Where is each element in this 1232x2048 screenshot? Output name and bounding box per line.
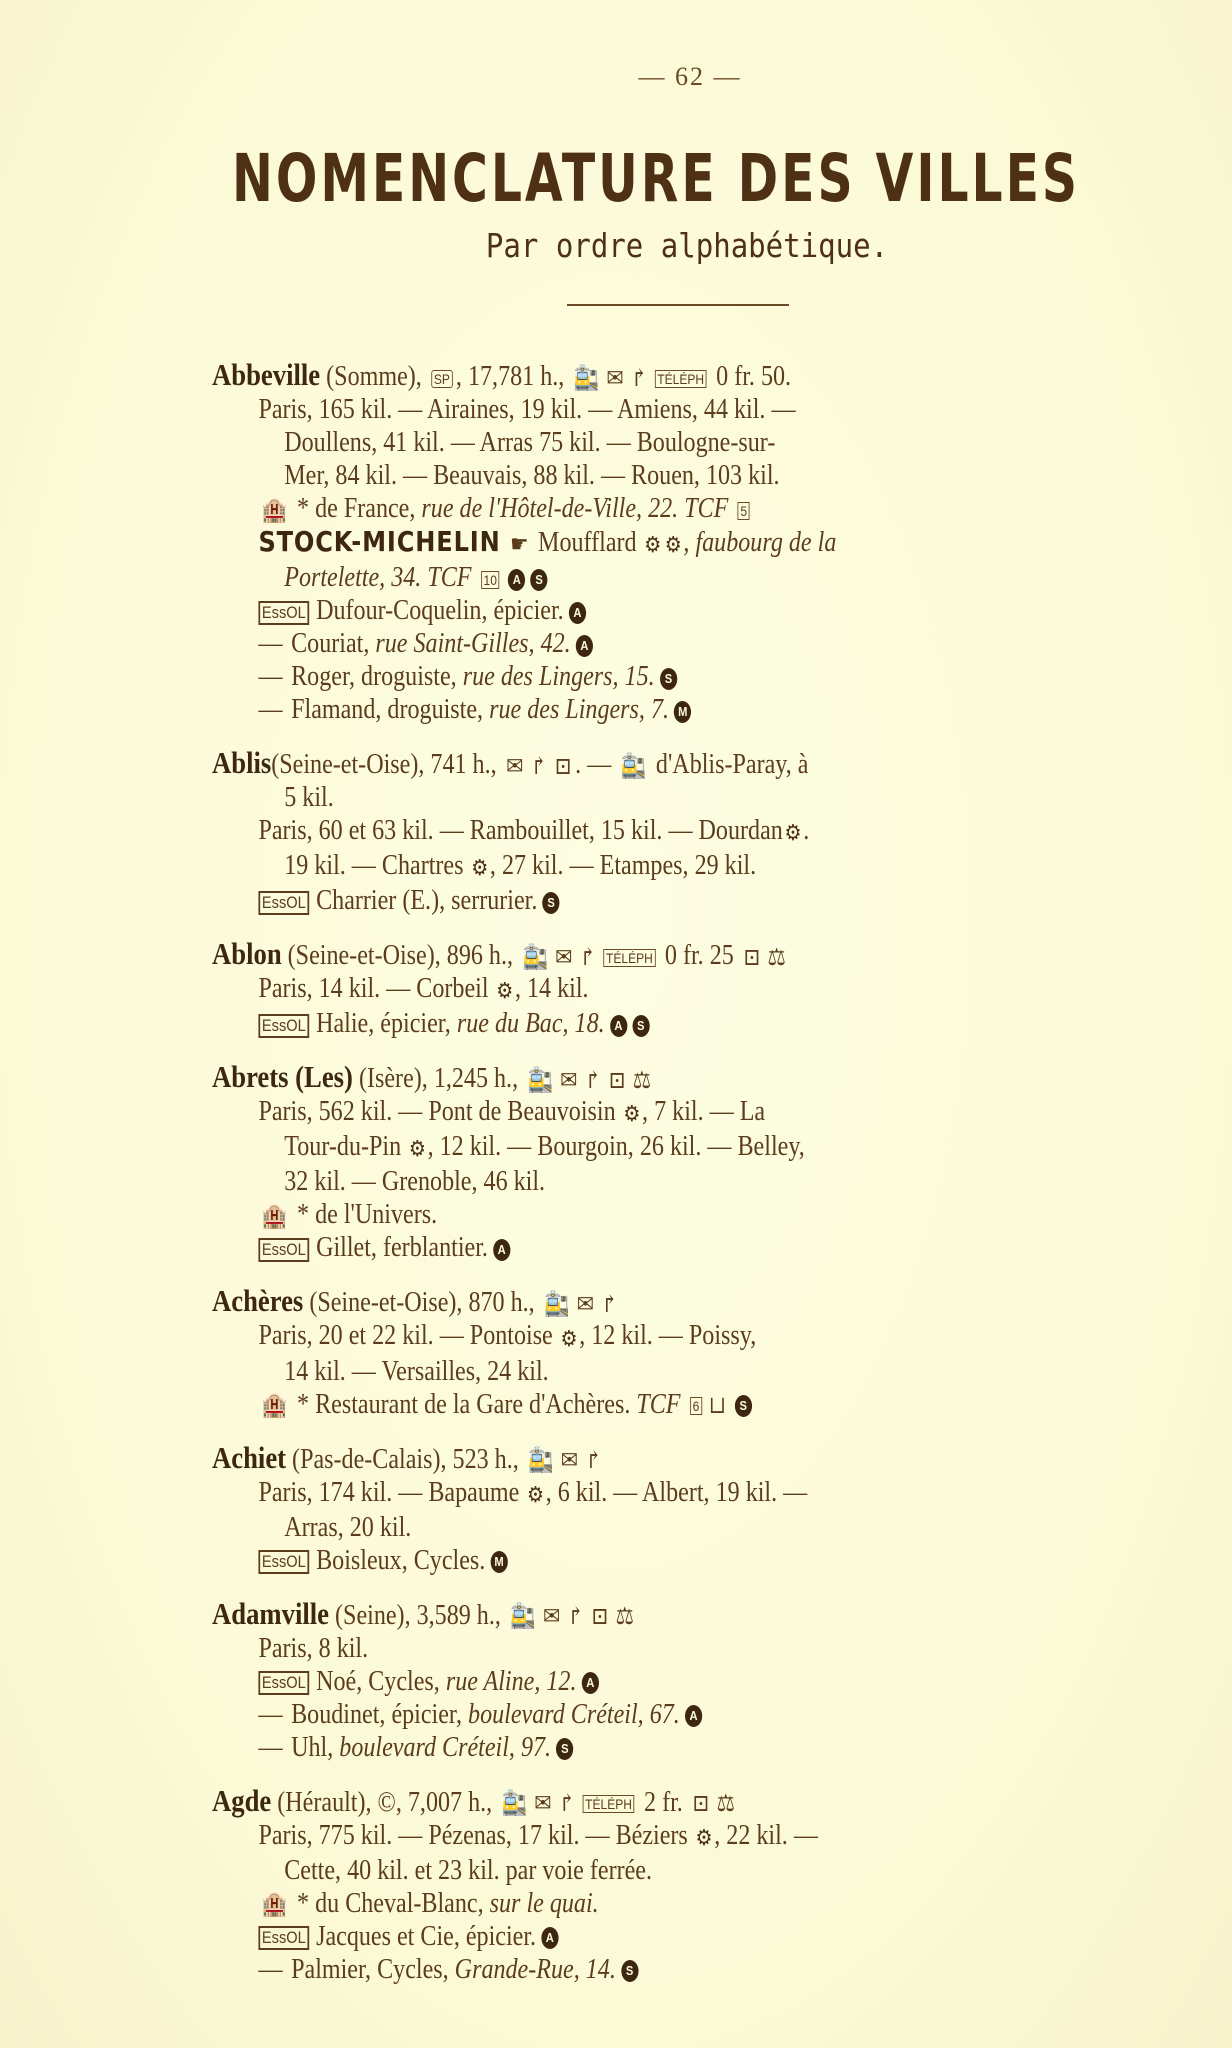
hotel-name: * Restaurant de la Gare d'Achères. [291, 1389, 630, 1420]
disc-icon: A [569, 602, 586, 624]
railway-station-icon: 🚉 [502, 1792, 528, 1816]
distance-text: , 7 kil. — La [642, 1096, 765, 1127]
town-department: (Seine-et-Oise), 870 h., [303, 1287, 540, 1318]
tcf-label: TCF [678, 493, 734, 524]
essence-line: EssOLGillet, ferblantier.A [212, 1231, 1020, 1264]
post-office-icon: ✉ [561, 1449, 578, 1473]
phone-rate: 0 fr. 25 [659, 940, 740, 971]
ditto-dash: — [258, 660, 291, 693]
disc-icon: A [685, 1705, 702, 1727]
repair-box-icon: ⊡ [554, 755, 571, 779]
station-note: d'Ablis-Paray, à [650, 749, 809, 780]
canton-icon: © [378, 1787, 396, 1818]
stock-address-line: Portelette, 34. TCF 10AS [212, 561, 1020, 594]
disc-icon: A [582, 1672, 599, 1694]
town-name: Ablon [212, 936, 282, 971]
hotel-line: 🏨 * de l'Univers. [212, 1198, 1020, 1231]
post-office-icon: ✉ [543, 1605, 560, 1629]
disc-icon: S [660, 668, 677, 690]
disc-icon: A [610, 1015, 627, 1037]
town-name: Agde [212, 1783, 271, 1818]
town-name: Abrets (Les) [212, 1059, 353, 1094]
distance-line: 32 kil. — Grenoble, 46 kil. [212, 1165, 1020, 1198]
essence-line: EssOLNoé, Cycles, rue Aline, 12.A [212, 1665, 1020, 1698]
distance-text: Paris, 562 kil. — Pont de Beauvoisin [258, 1096, 621, 1127]
separator: . — [575, 749, 617, 780]
essence-line: —Palmier, Cycles, Grande-Rue, 14.S [212, 1953, 1020, 1986]
town-department: (Pas-de-Calais), 523 h., [286, 1444, 525, 1475]
distance-line: Paris, 562 kil. — Pont de Beauvoisin ⚙, … [212, 1095, 1020, 1130]
town-department: (Seine-et-Oise), 741 h., [271, 749, 502, 780]
telegraph-icon: ↱ [567, 1605, 584, 1629]
entry-ablon: Ablon (Seine-et-Oise), 896 h., 🚉✉↱TÉLÉPH… [212, 937, 1152, 1040]
telephone-icon: TÉLÉPH [603, 949, 655, 967]
telegraph-icon: ↱ [530, 755, 547, 779]
page-number: — 62 — [0, 62, 1232, 92]
dealer-name: Halie, épicier, [316, 1008, 457, 1039]
distance-line: Doullens, 41 kil. — Arras 75 kil. — Boul… [212, 426, 1020, 459]
hotel-line: 🏨 * de France, rue de l'Hôtel-de-Ville, … [212, 492, 1020, 525]
town-department: (Hérault), [271, 1787, 377, 1818]
entry-ablis: Ablis(Seine-et-Oise), 741 h., ✉↱⊡. — 🚉 d… [212, 746, 1152, 917]
dealer-name: Flamand, droguiste, [291, 694, 489, 725]
hotel-line: 🏨 * du Cheval-Blanc, sur le quai. [212, 1887, 1020, 1920]
title-divider [567, 304, 789, 306]
disc-icon: A [493, 1239, 510, 1261]
town-department: (Seine), 3,589 h., [329, 1600, 507, 1631]
garage-gear-icon: ⚙ [644, 528, 661, 561]
hotel-name: * du Cheval-Blanc, [291, 1888, 490, 1919]
telegraph-icon: ↱ [558, 1792, 575, 1816]
distance-text: Paris, 775 kil. — Pézenas, 17 kil. — Béz… [258, 1820, 693, 1851]
telegraph-icon: ↱ [584, 1069, 601, 1093]
garage-gear-icon: ⚙ [471, 851, 488, 884]
garage-gear-icon: ⚙ [527, 1478, 544, 1511]
ditto-dash: — [258, 627, 291, 660]
stock-address: Portelette, 34. [284, 562, 421, 593]
essence-line: EssOLBoisleux, Cycles.M [212, 1544, 1020, 1577]
dealer-name: Boudinet, épicier, [291, 1699, 468, 1730]
essence-line: —Roger, droguiste, rue des Lingers, 15.S [212, 660, 1020, 693]
disc-icon: A [541, 1927, 558, 1949]
hotel-icon: 🏨 [262, 1394, 288, 1418]
mechanic-icon: ⚖ [716, 1792, 735, 1816]
repair-box-icon: ⊡ [743, 946, 760, 970]
stock-agent: Moufflard [532, 527, 643, 558]
essence-icon: EssOL [258, 1671, 309, 1695]
dealer-address: rue des Lingers, 15. [463, 661, 655, 692]
hotel-address: rue de l'Hôtel-de-Ville, 22. [421, 493, 678, 524]
garage-gear-icon: ⚙ [785, 816, 802, 849]
ditto-dash: — [258, 1731, 291, 1764]
essence-line: EssOLCharrier (E.), serrurier.S [212, 884, 1020, 917]
mechanic-icon: ⚖ [633, 1069, 652, 1093]
document-page: — 62 — NOMENCLATURE DES VILLES Par ordre… [0, 0, 1232, 2048]
telegraph-icon: ↱ [579, 946, 596, 970]
tcf-label: TCF [421, 562, 477, 593]
entry-acheres: Achères (Seine-et-Oise), 870 h., 🚉✉↱ Par… [212, 1284, 1152, 1420]
distance-line: Paris, 165 kil. — Airaines, 19 kil. — Am… [212, 393, 1020, 426]
essence-icon: EssOL [258, 1550, 309, 1574]
tcf-number: 10 [481, 571, 500, 589]
essence-icon: EssOL [258, 1926, 309, 1950]
disc-icon: S [556, 1738, 573, 1760]
dealer-address: Grande-Rue, 14. [455, 1954, 616, 1985]
hotel-name: * de France, [291, 493, 421, 524]
distance-text: Paris, 60 et 63 kil. — Rambouillet, 15 k… [258, 815, 782, 846]
telegraph-icon: ↱ [585, 1449, 602, 1473]
town-name: Achères [212, 1283, 303, 1318]
distance-text: , 27 kil. — Etampes, 29 kil. [490, 850, 756, 881]
town-department: (Isère), 1,245 h., [353, 1063, 524, 1094]
population: , 17,781 h., [456, 361, 570, 392]
garage-gear-icon: ⚙ [665, 528, 682, 561]
station-note: 5 kil. [212, 781, 1020, 814]
dealer-address: rue du Bac, 18. [457, 1008, 605, 1039]
garage-gear-icon: ⚙ [409, 1132, 426, 1165]
repair-box-icon: ⊡ [609, 1069, 626, 1093]
dealer-name: Gillet, ferblantier. [316, 1232, 488, 1263]
entry-abrets: Abrets (Les) (Isère), 1,245 h., 🚉✉↱⊡⚖ Pa… [212, 1060, 1152, 1264]
railway-station-icon: 🚉 [510, 1605, 536, 1629]
essence-icon: EssOL [258, 601, 309, 625]
distance-line: Paris, 8 kil. [212, 1632, 1020, 1665]
town-department: (Somme), [320, 361, 428, 392]
repair-box-icon: ⊡ [591, 1605, 608, 1629]
garage-gear-icon: ⚙ [561, 1322, 578, 1355]
essence-line: EssOLDufour-Coquelin, épicier.A [212, 594, 1020, 627]
entry-achiet: Achiet (Pas-de-Calais), 523 h., 🚉✉↱ Pari… [212, 1441, 1152, 1577]
dealer-name: Roger, droguiste, [291, 661, 463, 692]
distance-line: 19 kil. — Chartres ⚙, 27 kil. — Etampes,… [212, 849, 1020, 884]
stock-address: , faubourg de la [683, 527, 836, 558]
distance-line: Paris, 174 kil. — Bapaume ⚙, 6 kil. — Al… [212, 1476, 1020, 1511]
essence-line: EssOLJacques et Cie, épicier.A [212, 1920, 1020, 1953]
phone-rate: 2 fr. [638, 1787, 689, 1818]
stock-michelin-label: STOCK-MICHELIN [258, 525, 500, 558]
distance-text: Tour-du-Pin [284, 1131, 407, 1162]
hotel-address: sur le quai. [490, 1888, 599, 1919]
dealer-address: boulevard Créteil, 97. [339, 1732, 551, 1763]
telephone-icon: TÉLÉPH [655, 370, 707, 388]
hotel-line: 🏨 * Restaurant de la Gare d'Achères. TCF… [212, 1388, 1020, 1421]
sub-prefecture-icon: SP [431, 370, 452, 388]
disc-icon: S [735, 1395, 752, 1417]
distance-text: , 22 kil. — [714, 1820, 818, 1851]
distance-line: Mer, 84 kil. — Beauvais, 88 kil. — Rouen… [212, 459, 1020, 492]
stock-michelin-line: STOCK-MICHELIN ☛ Moufflard ⚙⚙, faubourg … [212, 525, 1020, 561]
distance-line: Cette, 40 kil. et 23 kil. par voie ferré… [212, 1854, 1020, 1887]
distance-text: Paris, 174 kil. — Bapaume [258, 1477, 525, 1508]
dealer-address: boulevard Créteil, 67. [468, 1699, 680, 1730]
tcf-number: 5 [738, 502, 750, 520]
town-name: Adamville [212, 1596, 329, 1631]
mechanic-icon: ⚖ [615, 1605, 634, 1629]
town-name: Achiet [212, 1440, 286, 1475]
bath-icon: ⊔ [709, 1394, 726, 1418]
distance-text: , 12 kil. — Poissy, [579, 1320, 756, 1351]
disc-a-icon: A [508, 569, 525, 591]
railway-station-icon: 🚉 [574, 367, 600, 391]
mechanic-icon: ⚖ [767, 946, 786, 970]
dealer-name: Uhl, [291, 1732, 339, 1763]
railway-station-icon: 🚉 [528, 1449, 554, 1473]
page-title: NOMENCLATURE DES VILLES [232, 140, 1142, 217]
repair-box-icon: ⊡ [692, 1792, 709, 1816]
essence-icon: EssOL [258, 891, 309, 915]
distance-text: , 14 kil. [515, 973, 589, 1004]
tcf-label: TCF [630, 1389, 686, 1420]
entry-abbeville: Abbeville (Somme), SP, 17,781 h., 🚉✉↱TÉL… [212, 358, 1152, 726]
entry-adamville: Adamville (Seine), 3,589 h., 🚉✉↱⊡⚖ Paris… [212, 1597, 1152, 1764]
telegraph-icon: ↱ [631, 367, 648, 391]
town-name: Abbeville [212, 357, 320, 392]
railway-station-icon: 🚉 [528, 1069, 554, 1093]
distance-line: Arras, 20 kil. [212, 1511, 1020, 1544]
hotel-icon: 🏨 [262, 1893, 288, 1917]
pointing-hand-icon: ☛ [510, 533, 529, 557]
dealer-name: Palmier, Cycles, [291, 1954, 455, 1985]
hotel-name: * de l'Univers. [291, 1199, 437, 1230]
tcf-number: 6 [690, 1397, 702, 1415]
distance-line: Paris, 20 et 22 kil. — Pontoise ⚙, 12 ki… [212, 1319, 1020, 1354]
town-department: (Seine-et-Oise), 896 h., [282, 940, 519, 971]
essence-icon: EssOL [258, 1238, 309, 1262]
dealer-name: Couriat, [291, 628, 375, 659]
post-office-icon: ✉ [534, 1792, 551, 1816]
disc-icon: M [674, 701, 691, 723]
hotel-icon: 🏨 [262, 1205, 288, 1229]
distance-line: 14 kil. — Versailles, 24 kil. [212, 1355, 1020, 1388]
town-name: Ablis [212, 745, 271, 780]
disc-icon: S [632, 1015, 649, 1037]
essence-line: —Boudinet, épicier, boulevard Créteil, 6… [212, 1698, 1020, 1731]
hotel-icon: 🏨 [262, 499, 288, 523]
railway-station-icon: 🚉 [522, 946, 548, 970]
distance-line: Paris, 14 kil. — Corbeil ⚙, 14 kil. [212, 972, 1020, 1007]
garage-gear-icon: ⚙ [496, 974, 513, 1007]
disc-icon: M [490, 1551, 507, 1573]
disc-icon: A [576, 635, 593, 657]
essence-line: —Flamand, droguiste, rue des Lingers, 7.… [212, 693, 1020, 726]
dealer-name: Noé, Cycles, [316, 1666, 446, 1697]
garage-gear-icon: ⚙ [696, 1821, 713, 1854]
post-office-icon: ✉ [577, 1293, 594, 1317]
distance-text: 19 kil. — Chartres [284, 850, 463, 881]
railway-station-icon: 🚉 [544, 1293, 570, 1317]
dealer-address: rue Saint-Gilles, 42. [375, 628, 570, 659]
population: , 7,007 h., [396, 1787, 498, 1818]
dealer-name: Dufour-Coquelin, épicier. [316, 595, 564, 626]
ditto-dash: — [258, 1698, 291, 1731]
garage-gear-icon: ⚙ [623, 1097, 640, 1130]
essence-line: —Couriat, rue Saint-Gilles, 42.A [212, 627, 1020, 660]
ditto-dash: — [258, 1953, 291, 1986]
distance-line: Paris, 775 kil. — Pézenas, 17 kil. — Béz… [212, 1819, 1020, 1854]
essence-line: —Uhl, boulevard Créteil, 97.S [212, 1731, 1020, 1764]
dealer-name: Jacques et Cie, épicier. [316, 1921, 536, 1952]
essence-line: EssOLHalie, épicier, rue du Bac, 18.AS [212, 1007, 1020, 1040]
dealer-address: rue Aline, 12. [446, 1666, 577, 1697]
ditto-dash: — [258, 693, 291, 726]
post-office-icon: ✉ [560, 1069, 577, 1093]
distance-line: Paris, 60 et 63 kil. — Rambouillet, 15 k… [212, 814, 1020, 849]
essence-icon: EssOL [258, 1014, 309, 1038]
distance-line: Tour-du-Pin ⚙, 12 kil. — Bourgoin, 26 ki… [212, 1130, 1020, 1165]
dealer-address: rue des Lingers, 7. [489, 694, 669, 725]
disc-icon: S [621, 1960, 638, 1982]
railway-station-icon: 🚉 [621, 755, 647, 779]
page-subtitle: Par ordre alphabétique. [82, 226, 1232, 265]
post-office-icon: ✉ [555, 946, 572, 970]
phone-rate: 0 fr. 50. [710, 361, 791, 392]
distance-text: Paris, 20 et 22 kil. — Pontoise [258, 1320, 558, 1351]
distance-text: Paris, 14 kil. — Corbeil [258, 973, 494, 1004]
post-office-icon: ✉ [606, 367, 623, 391]
dealer-name: Charrier (E.), serrurier. [316, 885, 537, 916]
telegraph-icon: ↱ [601, 1293, 618, 1317]
dealer-name: Boisleux, Cycles. [316, 1545, 485, 1576]
disc-s-icon: S [530, 569, 547, 591]
post-office-icon: ✉ [506, 755, 523, 779]
distance-text: , 12 kil. — Bourgoin, 26 kil. — Belley, [428, 1131, 805, 1162]
town-entries: Abbeville (Somme), SP, 17,781 h., 🚉✉↱TÉL… [212, 358, 1152, 2006]
telephone-icon: TÉLÉPH [583, 1795, 635, 1813]
disc-icon: S [543, 892, 560, 914]
entry-agde: Agde (Hérault), ©, 7,007 h., 🚉✉↱TÉLÉPH 2… [212, 1784, 1152, 1986]
distance-text: , 6 kil. — Albert, 19 kil. — [546, 1477, 808, 1508]
